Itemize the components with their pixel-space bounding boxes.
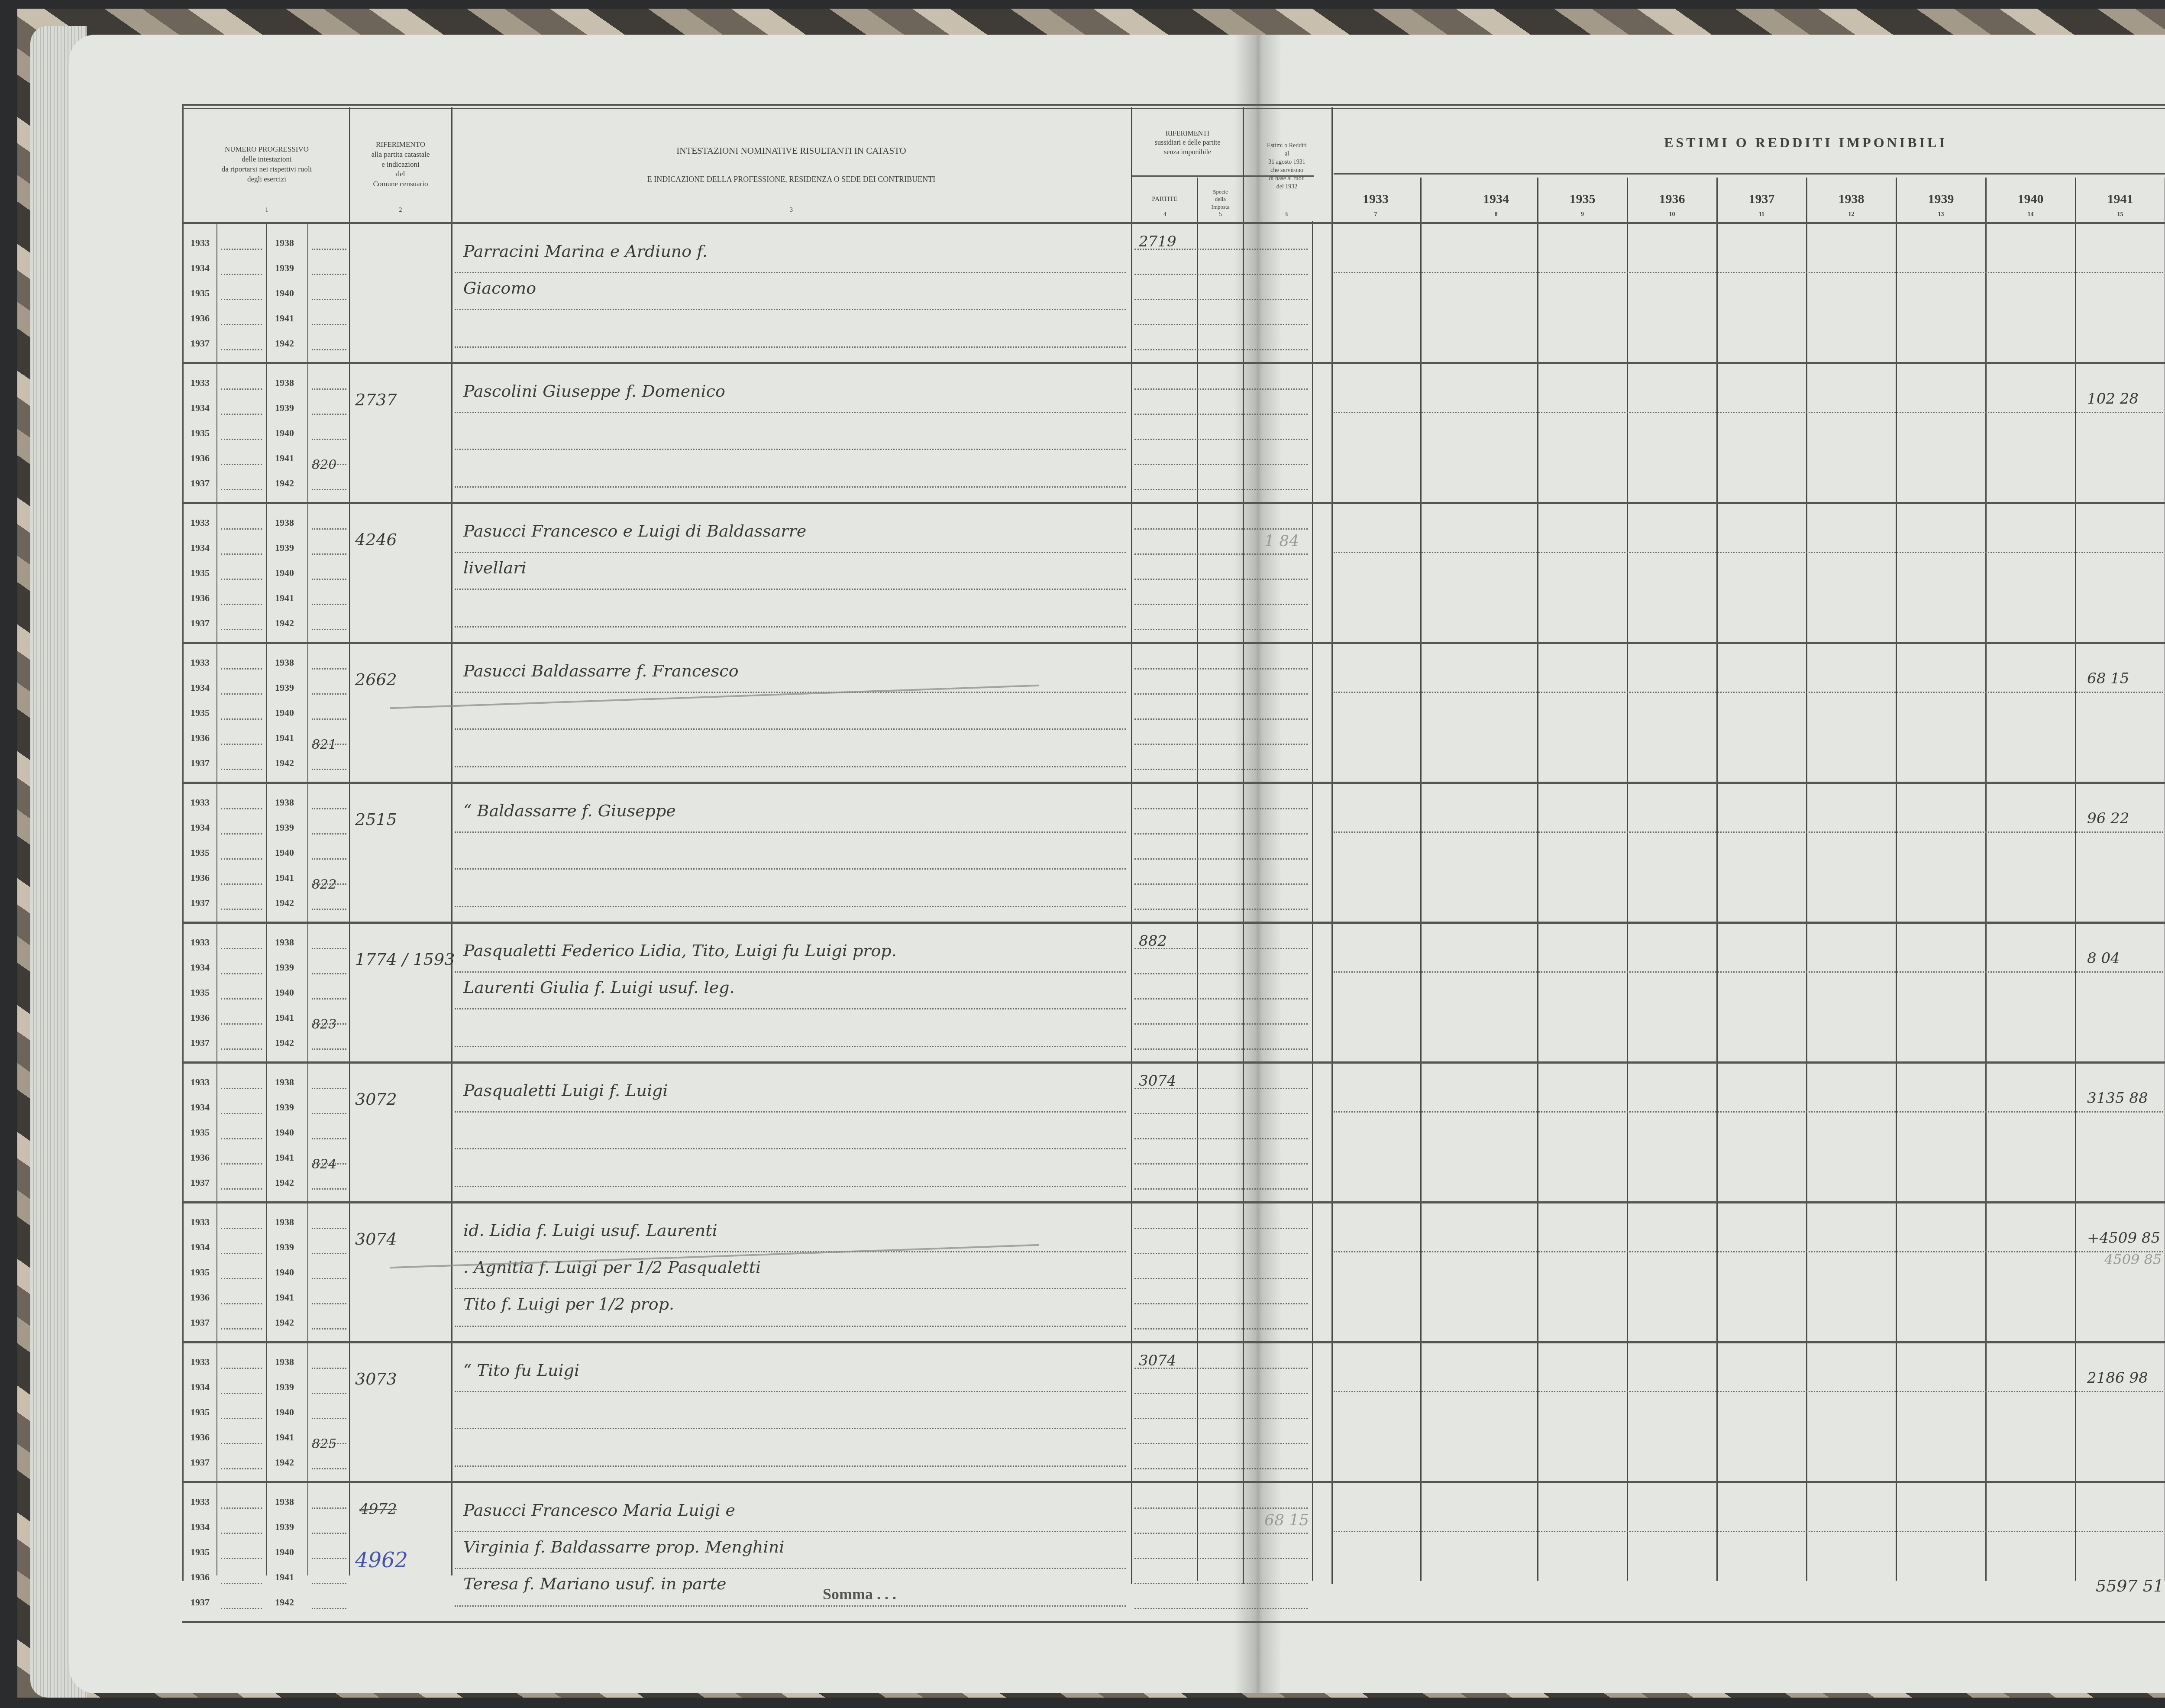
dotted-line (1134, 769, 1308, 770)
col-divider (1985, 178, 1987, 1581)
dotted-line (312, 1228, 346, 1229)
dotted-line (1134, 324, 1308, 325)
dotted-line (221, 553, 262, 555)
dotted-line (455, 1391, 1126, 1392)
year-label: 1936 (191, 1012, 210, 1023)
col-divider (2075, 178, 2076, 1581)
dotted-line (312, 1583, 346, 1584)
year-label: 1933 (191, 517, 210, 528)
dotted-line (221, 1278, 262, 1279)
entry-rule (182, 1061, 2165, 1064)
dotted-line (1334, 412, 2165, 413)
header-text: 1937 (1749, 191, 1775, 208)
year-label: 1939 (275, 682, 294, 693)
dotted-line (1334, 1111, 2165, 1113)
header-year-1939: 193913 (1897, 178, 1985, 221)
year-label: 1936 (191, 732, 210, 744)
dotted-line (221, 579, 262, 580)
dotted-line (312, 324, 346, 325)
dotted-line (221, 1088, 262, 1089)
dotted-line (1134, 528, 1308, 530)
year-label: 1935 (191, 1127, 210, 1138)
dotted-line (455, 1465, 1126, 1467)
dotted-line (312, 489, 346, 490)
dotted-line (1134, 1418, 1308, 1419)
intestazione-line: Laurenti Giulia f. Luigi usuf. leg. (463, 978, 735, 997)
dotted-line (312, 1188, 346, 1190)
intestazione-line: “ Tito fu Luigi (463, 1361, 579, 1380)
riferimento-struck: 4972 (359, 1501, 397, 1518)
year-label: 1942 (275, 1457, 294, 1468)
dotted-line (312, 528, 346, 530)
year-label: 1938 (275, 237, 294, 249)
year-label: 1941 (275, 453, 294, 464)
ledger-table: NUMERO PROGRESSIVO delle intestazioni da… (182, 104, 2165, 1628)
header-rule (182, 222, 2165, 224)
estimi-title: ESTIMI O REDDITI IMPONIBILI (1351, 117, 2165, 169)
year-label: 1937 (191, 478, 210, 489)
year-label: 1941 (275, 1012, 294, 1023)
dotted-line (312, 1113, 346, 1114)
intestazione-line: Tito f. Luigi per 1/2 prop. (463, 1294, 674, 1313)
col-divider (1716, 178, 1718, 1581)
col-divider (1537, 178, 1538, 1581)
dotted-line (1134, 388, 1308, 390)
year-label: 1937 (191, 757, 210, 769)
header-text: NUMERO PROGRESSIVO (225, 145, 309, 155)
dotted-line (221, 249, 262, 250)
dotted-line (312, 629, 346, 630)
dotted-line (312, 718, 346, 720)
dotted-line (455, 692, 1126, 693)
year-label: 1940 (275, 987, 294, 998)
dotted-line (1134, 1188, 1308, 1190)
intestazione-line: livellari (463, 558, 527, 577)
dotted-line (312, 1608, 346, 1609)
progressivo-number: 822 (312, 877, 336, 892)
header-col1: NUMERO PROGRESSIVO delle intestazioni da… (184, 113, 349, 217)
dotted-line (221, 1418, 262, 1419)
header-year-1937: 193711 (1717, 178, 1806, 221)
year-label: 1939 (275, 1102, 294, 1113)
dotted-line (221, 1507, 262, 1509)
riferimento-number: 3073 (355, 1369, 397, 1388)
header-text: delle intestazioni (242, 155, 292, 165)
intestazione-line: Pascolini Giuseppe f. Domenico (463, 382, 725, 401)
dotted-line (312, 833, 346, 835)
header-text: 31 agosto 1931 (1268, 159, 1305, 167)
col-divider (1896, 178, 1897, 1581)
dotted-line (455, 1251, 1126, 1252)
dotted-line (221, 998, 262, 1000)
dotted-line (221, 973, 262, 974)
column-number: 2 (351, 207, 450, 215)
column-number: 13 (1897, 211, 1985, 219)
col-divider (1197, 178, 1198, 1581)
year-label: 1938 (275, 937, 294, 948)
dotted-line (221, 489, 262, 490)
header-text: e indicazioni (381, 160, 419, 170)
dotted-line (312, 604, 346, 605)
year-label: 1941 (275, 1572, 294, 1583)
dotted-line (1134, 1468, 1308, 1469)
year-label: 1939 (275, 542, 294, 553)
crossout-stroke (390, 685, 1039, 709)
dotted-line (221, 629, 262, 630)
progressivo-number: 820 (312, 457, 336, 472)
header-text: da riportarsi nei rispettivi ruoli (222, 165, 312, 175)
dotted-line (221, 464, 262, 465)
dotted-line (1134, 1048, 1308, 1050)
year-label: 1941 (275, 1292, 294, 1303)
dotted-line (221, 1583, 262, 1584)
year-label: 1937 (191, 1177, 210, 1188)
year-label: 1933 (191, 237, 210, 249)
year-label: 1940 (275, 1407, 294, 1418)
year-label: 1939 (275, 402, 294, 414)
header-text: Imposta (1212, 203, 1230, 211)
dotted-line (221, 1023, 262, 1025)
entry-rule (182, 1621, 2165, 1623)
dotted-line (312, 1468, 346, 1469)
header-year-1935: 19359 (1538, 178, 1627, 221)
dotted-line (221, 1443, 262, 1444)
dotted-line (455, 1046, 1126, 1047)
value-1941: 3135 88 (2087, 1090, 2148, 1107)
entry-rule (182, 1341, 2165, 1343)
year-label: 1942 (275, 618, 294, 629)
cents-divider (1312, 221, 1313, 1581)
year-label: 1934 (191, 262, 210, 274)
intestazione-line: id. Lidia f. Luigi usuf. Laurenti (463, 1221, 717, 1240)
column-number: 6 (1244, 211, 1330, 219)
dotted-line (221, 1533, 262, 1534)
dotted-line (312, 909, 346, 910)
year-label: 1941 (275, 872, 294, 883)
col-divider (349, 107, 350, 1575)
dotted-line (312, 1303, 346, 1304)
dotted-line (221, 414, 262, 415)
dotted-line (1134, 349, 1308, 350)
col-divider (1806, 178, 1807, 1581)
header-text: INTESTAZIONI NOMINATIVE RISULTANTI IN CA… (676, 145, 906, 157)
dotted-line (1134, 718, 1308, 720)
dotted-line (1134, 439, 1308, 440)
value-1941: 68 15 (2087, 670, 2129, 687)
dotted-line (1134, 1253, 1308, 1254)
dotted-line (455, 309, 1126, 310)
dotted-line (455, 728, 1126, 730)
dotted-line (221, 808, 262, 809)
value-1941-alt: 4509 85 (2104, 1251, 2162, 1268)
header-col3: INTESTAZIONI NOMINATIVE RISULTANTI IN CA… (452, 113, 1130, 217)
dotted-line (1134, 998, 1308, 1000)
partite-value: 882 (1139, 932, 1167, 950)
header-text: 1936 (1659, 191, 1685, 208)
column-number: 15 (2076, 211, 2165, 219)
year-label: 1938 (275, 797, 294, 808)
dotted-line (1134, 1443, 1308, 1444)
header-text: ESTIMI O REDDITI IMPONIBILI (1664, 133, 1947, 152)
dotted-line (312, 668, 346, 670)
year-label: 1933 (191, 1216, 210, 1228)
header-text: che servirono (1270, 167, 1303, 175)
dotted-line (312, 1418, 346, 1419)
header-text: 1940 (2018, 191, 2044, 208)
header-col5: Specie della Imposta 5 (1198, 178, 1243, 221)
dotted-line (221, 1368, 262, 1369)
dotted-line (312, 579, 346, 580)
header-text: della (1215, 195, 1226, 203)
value-1941: 8 04 (2087, 950, 2120, 967)
dotted-line (312, 1138, 346, 1139)
dotted-line (455, 449, 1126, 450)
intestazione-line: Pasucci Baldassarre f. Francesco (463, 661, 739, 680)
year-label: 1940 (275, 1127, 294, 1138)
year-divider (266, 224, 267, 1575)
value-1941: +4509 85 (2087, 1229, 2160, 1247)
entry-rule (182, 922, 2165, 924)
col-divider (451, 107, 452, 1575)
intestazione-line: Giacomo (463, 278, 536, 298)
dotted-line (1134, 693, 1308, 695)
header-text: 1935 (1570, 191, 1596, 208)
year-label: 1940 (275, 1546, 294, 1558)
header-text: Specie (1213, 188, 1228, 196)
header-col6: Estimi o Redditi al 31 agosto 1931 che s… (1244, 113, 1330, 221)
column-number: 11 (1717, 211, 1806, 219)
year-label: 1933 (191, 797, 210, 808)
riferimento-number: 3074 (355, 1229, 397, 1249)
riferimento-number: 2737 (355, 390, 397, 409)
entry-rule (182, 362, 2165, 364)
year-label: 1941 (275, 1152, 294, 1163)
dotted-line (312, 948, 346, 949)
dotted-line (221, 274, 262, 275)
year-label: 1933 (191, 1356, 210, 1368)
dotted-line (455, 552, 1126, 553)
column-number: 1 (184, 207, 349, 215)
dotted-line (221, 324, 262, 325)
progressivo-number: 823 (312, 1017, 336, 1032)
year-label: 1935 (191, 1407, 210, 1418)
dotted-line (312, 1328, 346, 1330)
column-number: 7 (1332, 211, 1419, 219)
header-year-1938: 193812 (1807, 178, 1896, 221)
dotted-line (221, 439, 262, 440)
dotted-line (455, 971, 1126, 973)
header-col4-5-group: RIFERIMENTI sussidiari e delle partite s… (1132, 113, 1243, 173)
year-label: 1938 (275, 517, 294, 528)
dotted-line (1134, 274, 1308, 275)
dotted-line (455, 412, 1126, 413)
dotted-line (312, 249, 346, 250)
dotted-line (455, 346, 1126, 348)
progressivo-number: 824 (312, 1157, 336, 1172)
dotted-line (455, 766, 1126, 767)
year-label: 1942 (275, 1037, 294, 1048)
header-text: Comune censuario (373, 179, 428, 189)
dotted-line (1134, 299, 1308, 300)
year-label: 1937 (191, 1317, 210, 1328)
dotted-line (455, 1326, 1126, 1327)
header-subline (1334, 173, 2165, 175)
dotted-line (221, 1608, 262, 1609)
somma-1941-value: 5597 51 (2096, 1576, 2164, 1595)
year-label: 1940 (275, 707, 294, 718)
dotted-line (1334, 272, 2165, 273)
year-label: 1934 (191, 822, 210, 833)
header-text: del (396, 169, 405, 179)
riferimento-number: 2515 (355, 810, 397, 829)
dotted-line (1134, 1608, 1308, 1609)
column-number: 9 (1538, 211, 1627, 219)
estimo-1931-value: 1 84 (1264, 532, 1299, 550)
dotted-line (312, 769, 346, 770)
column-number: 12 (1807, 211, 1896, 219)
dotted-line (1134, 1583, 1308, 1584)
year-label: 1934 (191, 542, 210, 553)
dotted-line (455, 868, 1126, 870)
year-label: 1933 (191, 1496, 210, 1507)
year-label: 1939 (275, 1242, 294, 1253)
dotted-line (221, 388, 262, 390)
year-label: 1940 (275, 427, 294, 439)
intestazione-line: Pasucci Francesco e Luigi di Baldassarre (463, 521, 806, 540)
riferimento-number: 4962 (355, 1548, 408, 1572)
dotted-line (455, 1288, 1126, 1289)
dotted-line (1134, 1507, 1308, 1509)
dotted-line (312, 1507, 346, 1509)
dotted-line (1134, 579, 1308, 580)
dotted-line (221, 744, 262, 745)
year-label: 1939 (275, 962, 294, 973)
partite-value: 2719 (1139, 233, 1176, 250)
dotted-line (1134, 808, 1308, 809)
dotted-line (1134, 414, 1308, 415)
col-divider (1243, 107, 1244, 1584)
year-label: 1934 (191, 962, 210, 973)
dotted-line (312, 1088, 346, 1089)
year-label: 1942 (275, 757, 294, 769)
dotted-line (1334, 552, 2165, 553)
header-text: senza imponibile (1164, 148, 1211, 157)
year-label: 1937 (191, 1597, 210, 1608)
entry-rule (182, 502, 2165, 504)
column-number: 5 (1198, 211, 1243, 219)
year-label: 1942 (275, 478, 294, 489)
year-label: 1941 (275, 732, 294, 744)
dotted-line (221, 693, 262, 695)
value-1941: 2186 98 (2087, 1369, 2148, 1387)
year-label: 1933 (191, 377, 210, 388)
year-label: 1934 (191, 1102, 210, 1113)
dotted-line (221, 299, 262, 300)
dotted-line (1334, 1251, 2165, 1252)
year-label: 1934 (191, 682, 210, 693)
year-label: 1939 (275, 262, 294, 274)
dotted-line (312, 553, 346, 555)
dotted-line (312, 1278, 346, 1279)
riferimento-number: 3072 (355, 1090, 397, 1109)
year-label: 1936 (191, 313, 210, 324)
dotted-line (1134, 1138, 1308, 1139)
dotted-line (455, 486, 1126, 488)
dotted-line (312, 439, 346, 440)
year-label: 1941 (275, 592, 294, 604)
header-text: RIFERIMENTO (376, 140, 425, 150)
dotted-line (1134, 883, 1308, 885)
header-text: RIFERIMENTI (1166, 129, 1209, 139)
col-divider (1627, 178, 1628, 1581)
header-text: 1934 (1483, 191, 1509, 208)
dotted-line (1134, 1163, 1308, 1165)
dotted-line (221, 948, 262, 949)
header-text: Estimi o Redditi (1267, 142, 1307, 150)
dotted-line (221, 1393, 262, 1394)
header-text: 1933 (1363, 191, 1389, 208)
year-label: 1938 (275, 1077, 294, 1088)
dotted-line (455, 1148, 1126, 1149)
dotted-line (221, 668, 262, 670)
col-divider (1420, 178, 1422, 1581)
dotted-line (455, 1605, 1126, 1607)
header-text: 1939 (1928, 191, 1954, 208)
year-label: 1936 (191, 1432, 210, 1443)
year-label: 1934 (191, 1242, 210, 1253)
header-text: di base ai ruoli (1269, 175, 1305, 183)
dotted-line (221, 718, 262, 720)
dotted-line (1134, 489, 1308, 490)
col-divider (1331, 107, 1333, 1584)
dotted-line (312, 414, 346, 415)
header-year-1934: 19348 (1455, 178, 1537, 221)
dotted-line (1134, 1533, 1308, 1534)
dotted-line (221, 1468, 262, 1469)
dotted-line (1134, 1228, 1308, 1229)
dotted-line (221, 858, 262, 860)
dotted-line (1134, 553, 1308, 555)
header-text: 1938 (1839, 191, 1864, 208)
year-label: 1941 (275, 313, 294, 324)
dotted-line (1334, 1391, 2165, 1392)
col-divider (1131, 107, 1132, 1584)
year-label: 1935 (191, 1546, 210, 1558)
dotted-line (221, 1113, 262, 1114)
year-label: 1939 (275, 1521, 294, 1533)
dotted-line (312, 858, 346, 860)
entry-rule (182, 642, 2165, 644)
year-label: 1935 (191, 847, 210, 858)
year-label: 1936 (191, 1572, 210, 1583)
dotted-line (1134, 1393, 1308, 1394)
dotted-line (312, 274, 346, 275)
year-label: 1935 (191, 567, 210, 579)
year-label: 1940 (275, 847, 294, 858)
dotted-line (221, 349, 262, 350)
year-label: 1940 (275, 288, 294, 299)
year-label: 1935 (191, 427, 210, 439)
header-text: del 1932 (1276, 183, 1298, 191)
dotted-line (1134, 1558, 1308, 1559)
intestazione-line: Virginia f. Baldassarre prop. Menghini (463, 1537, 784, 1556)
progressivo-number: 821 (312, 737, 336, 752)
dotted-line (1334, 692, 2165, 693)
year-label: 1940 (275, 567, 294, 579)
year-label: 1942 (275, 1597, 294, 1608)
dotted-line (312, 1533, 346, 1534)
header-text: PARTITE (1152, 195, 1177, 204)
